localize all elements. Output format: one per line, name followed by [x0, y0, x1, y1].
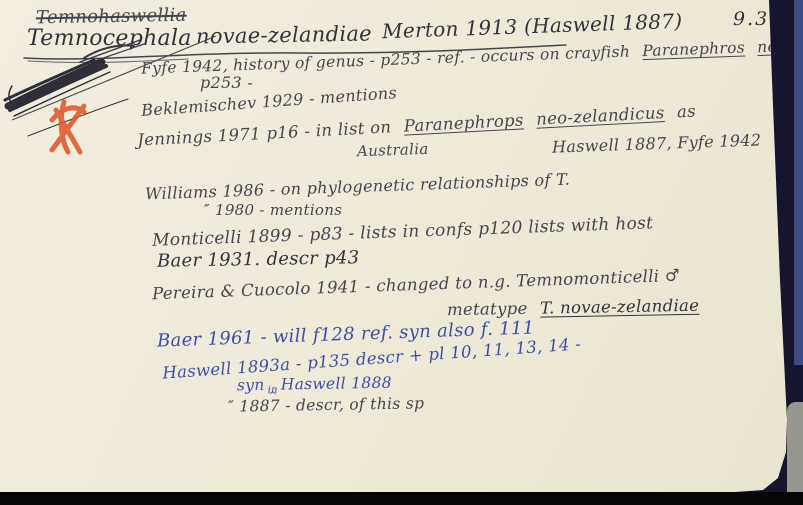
species-name: novae-zelandiae	[196, 22, 372, 48]
drawer-side	[794, 0, 803, 365]
entry-text: syn	[237, 376, 265, 394]
entry-williams-1980: ″ 1980 - mentions	[204, 202, 342, 219]
entry-text: metatype	[447, 299, 528, 319]
entry-metatype: metatype T. novae-zelandiae	[447, 297, 700, 320]
entry-jennings-cont: Australia	[357, 141, 429, 160]
entry-text: Haswell 1888	[281, 374, 392, 394]
index-card: Temnohaswellia Temnocephala novae-zeland…	[0, 0, 790, 492]
entry-jennings-right: Haswell 1887, Fyfe 1942	[552, 131, 762, 156]
host-species: neo-zelandicus	[536, 103, 665, 129]
genus-name: Temnocephala	[27, 27, 192, 51]
entry-text: Jennings 1971 p16 - in list on	[137, 117, 392, 149]
entry-haswell-1887: ″ 1887 - descr, of this sp	[228, 395, 425, 415]
entry-beklemischev-1929: Beklemischev 1929 - mentions	[141, 84, 398, 119]
card-behind-edge	[787, 402, 803, 492]
taxon-name: T. novae-zelandiae	[540, 296, 699, 318]
entry-baer-1931: Baer 1931. descr p43	[157, 248, 360, 271]
entry-text: as	[676, 101, 696, 121]
entry-fyfe-1942-cont: p253 -	[200, 74, 253, 92]
drawer-bottom-shadow	[0, 492, 803, 505]
crossed-out-genus: Temnohaswellia	[36, 6, 187, 28]
card-drawer-scan: Temnohaswellia Temnocephala novae-zeland…	[0, 0, 803, 505]
catalog-number: 9.3.8	[733, 9, 791, 30]
entry-williams-1986: Williams 1986 - on phylogenetic relation…	[145, 171, 571, 203]
entry-monticelli-1899: Monticelli 1899 - p83 - lists in confs p…	[152, 214, 654, 250]
authority: Merton 1913 (Haswell 1887)	[382, 10, 683, 42]
host-genus: Paranephros	[642, 39, 745, 61]
host-genus: Paranephrops	[403, 110, 524, 135]
